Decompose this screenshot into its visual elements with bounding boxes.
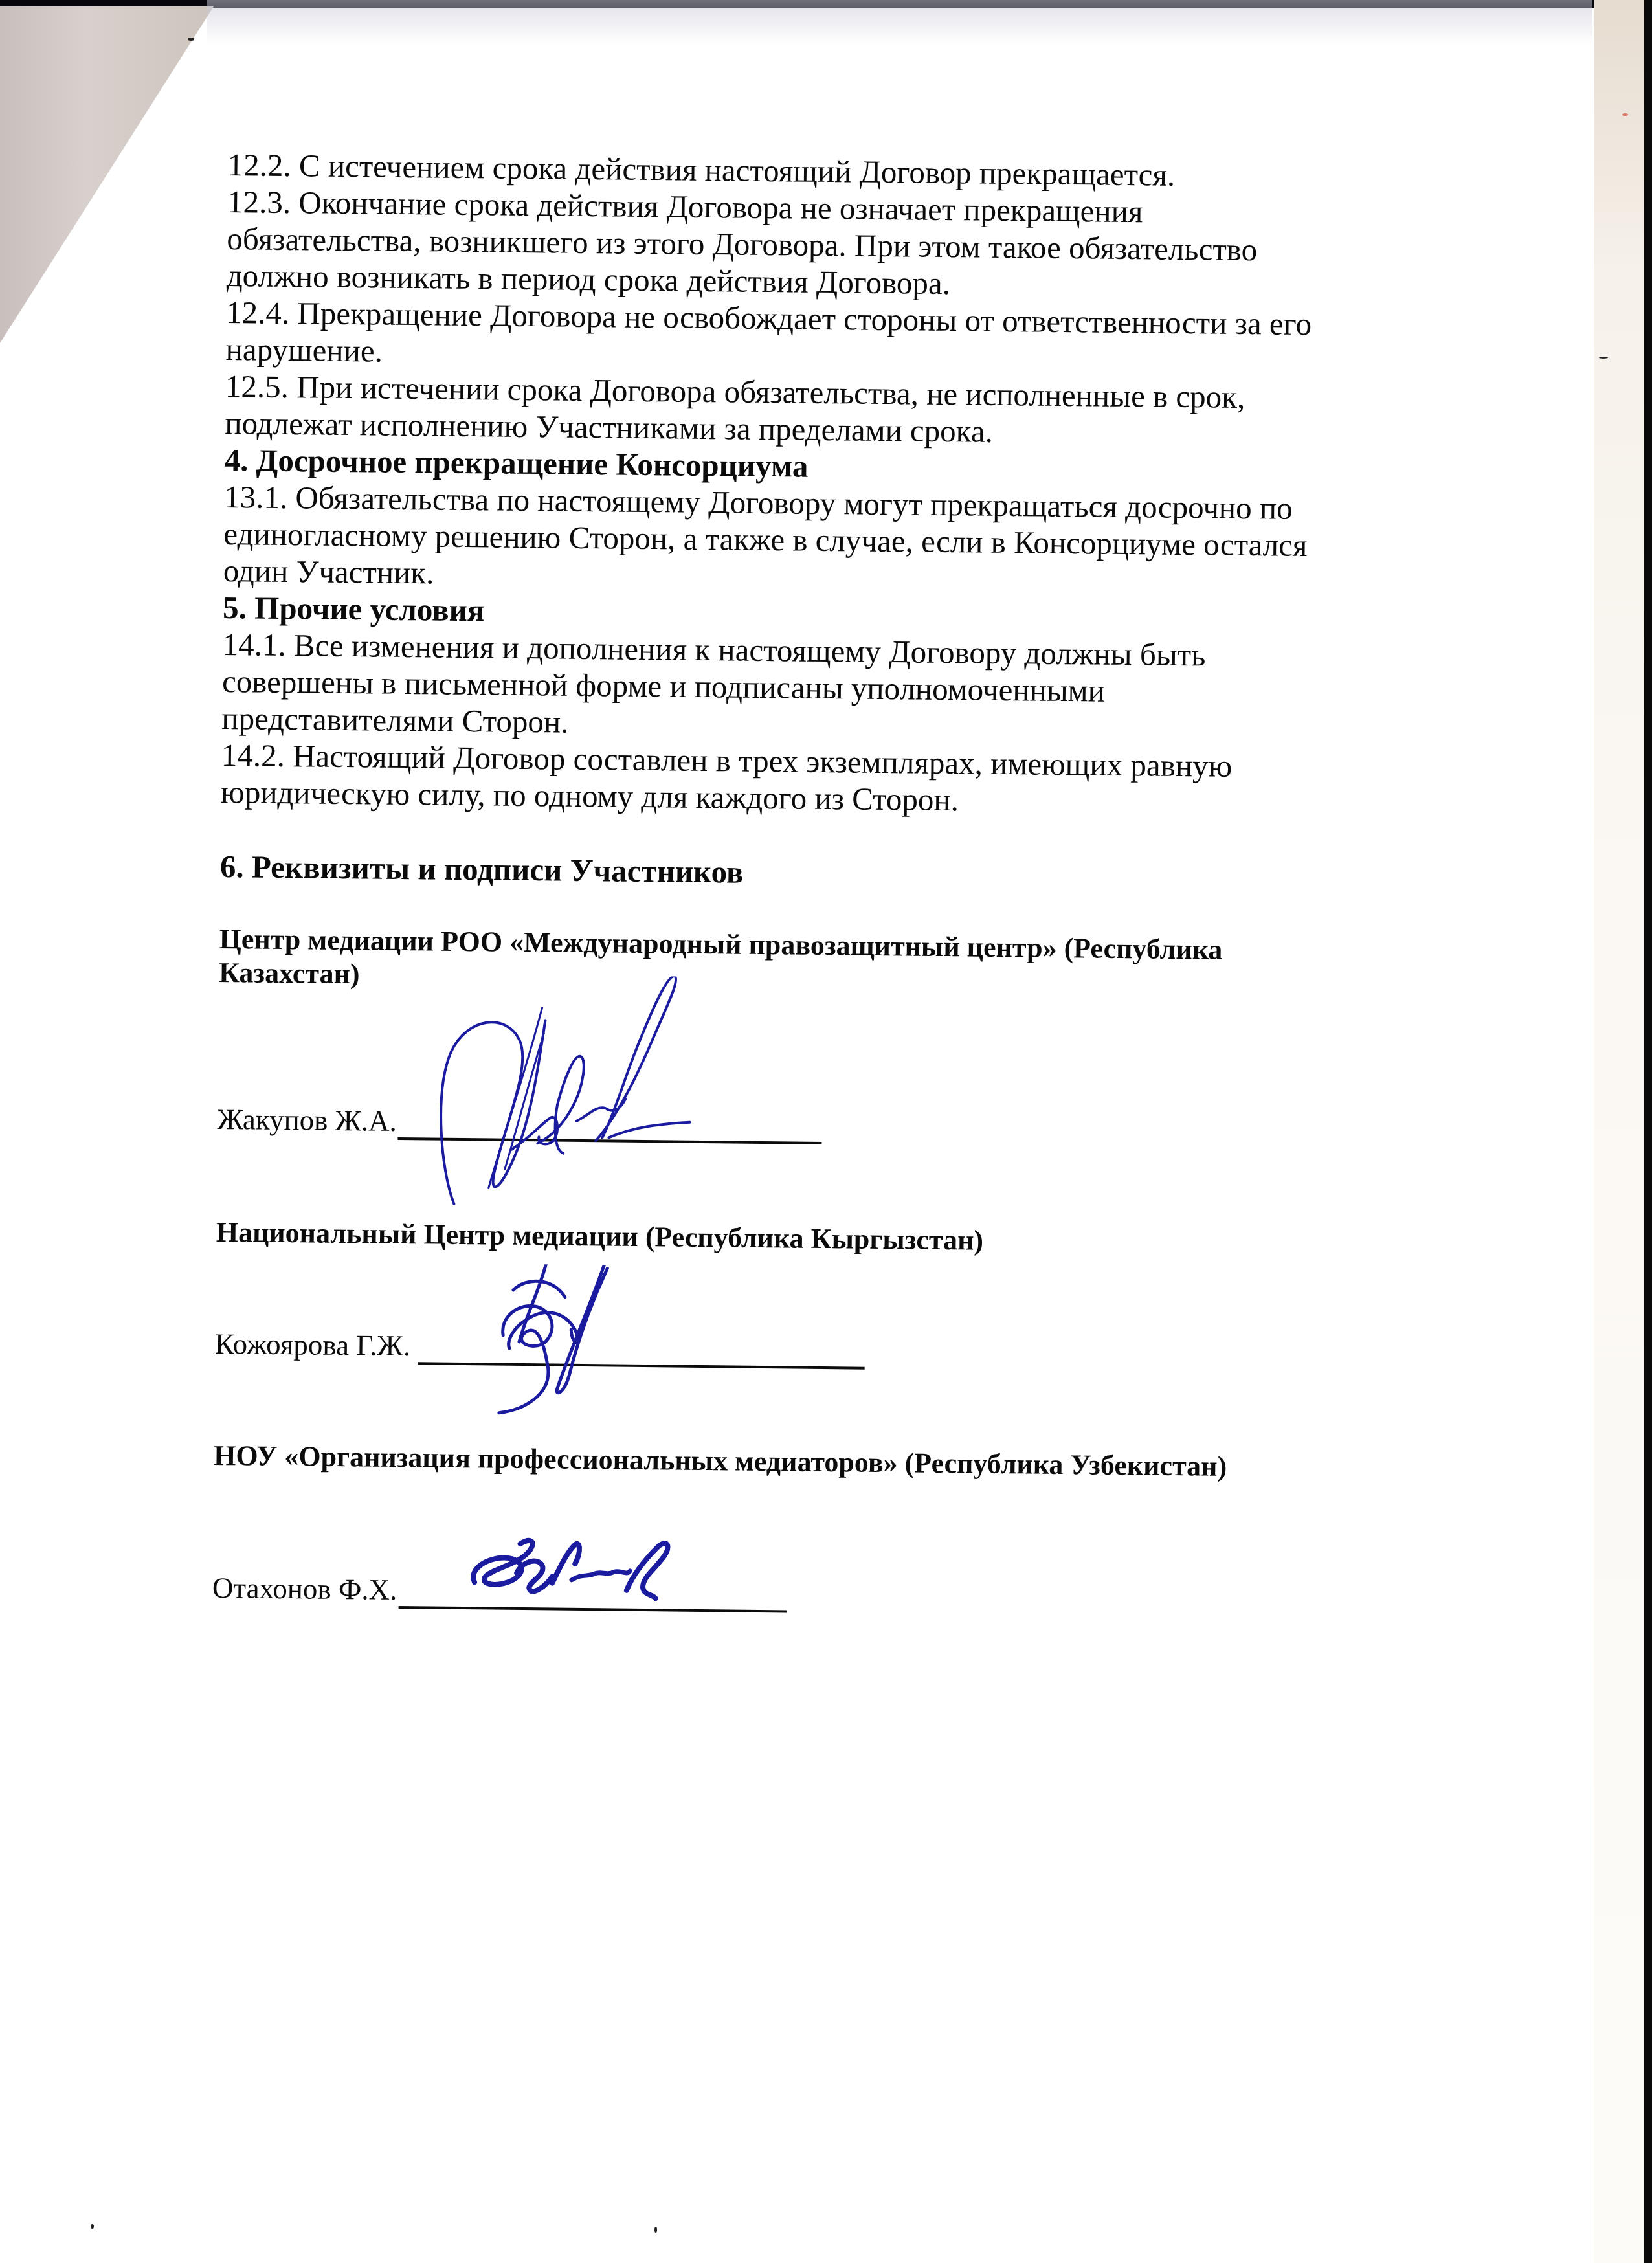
signatory-name: Отахонов Ф.Х.	[212, 1570, 397, 1609]
party-block-kazakhstan: Центр медиации РОО «Международный правоз…	[217, 922, 1488, 1152]
signature-line	[398, 1108, 823, 1144]
contract-text: 12.2. С истечением срока действия настоя…	[212, 146, 1497, 1620]
dust-speck	[654, 2227, 657, 2233]
dust-speck	[1599, 357, 1608, 359]
section-12-term: 12.2. С истечением срока действия настоя…	[225, 146, 1497, 455]
scan-shadow	[207, 0, 1592, 45]
dust-speck	[1622, 113, 1628, 116]
section-4-early-termination: 4. Досрочное прекращение Консорциума 13.…	[223, 441, 1493, 603]
section-6-signatures: 6. Реквизиты и подписи Участников Центр …	[212, 848, 1490, 1620]
signatory-name: Кожоярова Г.Ж.	[215, 1326, 411, 1365]
underlying-page-corner	[0, 6, 214, 343]
party-block-uzbekistan: НОУ «Организация профессиональных медиат…	[212, 1439, 1483, 1620]
underlying-page-edge	[1594, 0, 1646, 2263]
dust-speck	[91, 2224, 94, 2229]
scanned-page: 12.2. С истечением срока действия настоя…	[0, 0, 1652, 2263]
scanner-bed-edge-right	[1644, 0, 1652, 2263]
section-5-other-terms: 5. Прочие условия 14.1. Все изменения и …	[221, 589, 1492, 824]
signature-line	[418, 1332, 865, 1369]
signatory-name: Жакупов Ж.А.	[217, 1101, 397, 1140]
signature-line	[398, 1576, 787, 1612]
party-block-kyrgyzstan: Национальный Центр медиации (Республика …	[215, 1216, 1485, 1376]
dust-speck	[188, 38, 194, 41]
